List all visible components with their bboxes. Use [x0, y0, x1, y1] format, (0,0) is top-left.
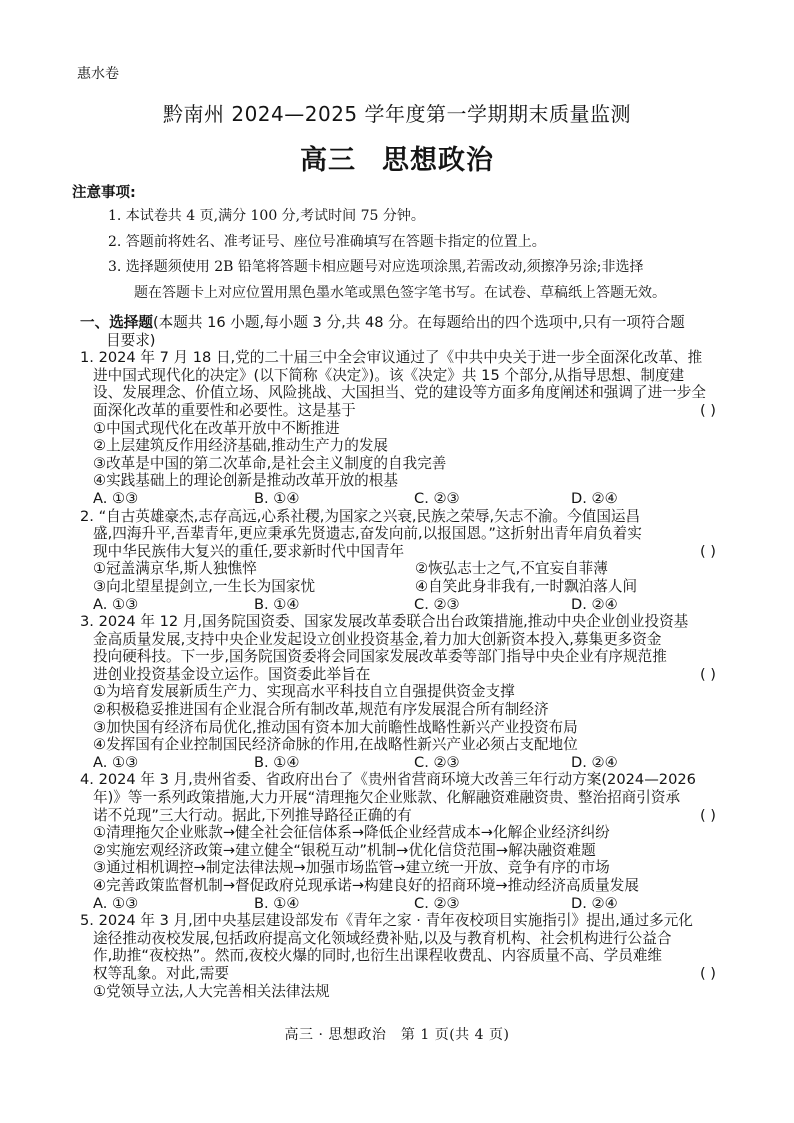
question-5: 5. 2024 年 3 月,团中央基层建设部发布《青年之家 · 青年夜校项目实施… — [80, 912, 720, 1000]
answer-blank: ( ) — [700, 543, 716, 561]
question-stem-line: 1. 2024 年 7 月 18 日,党的二十届三中全会审议通过了《中共中央关于… — [80, 349, 720, 367]
option-4: ④完善政策监督机制→督促政府兑现承诺→构建良好的招商环境→推动经济高质量发展 — [80, 877, 720, 895]
option-3: ③向北望星提剑立,一生长为国家忧 — [93, 578, 415, 596]
choice-d[interactable]: D. ②④ — [571, 490, 671, 508]
choice-b[interactable]: B. ①④ — [254, 490, 414, 508]
question-stem-line: 面深化改革的重要性和必要性。这是基于 — [93, 402, 356, 419]
choice-b[interactable]: B. ①④ — [254, 754, 414, 772]
question-stem-line: 诺不兑现”三大行动。据此,下列推导路径正确的有 — [93, 807, 412, 824]
choice-b[interactable]: B. ①④ — [254, 895, 414, 913]
question-stem-line: 金高质量发展,支持中央企业发起设立创业投资基金,着力加大创新资本投入,募集更多资… — [80, 631, 720, 649]
answer-choices: A. ①③ B. ①④ C. ②③ D. ②④ — [80, 490, 720, 508]
notes-heading: 注意事项: — [72, 181, 136, 202]
question-2: 2. “自古英雄豪杰,志存高远,心系社稷,为国家之兴衰,民族之荣辱,矢志不渝。今… — [80, 508, 720, 614]
option-4: ④发挥国有企业控制国民经济命脉的作用,在战略性新兴产业必须占支配地位 — [80, 736, 720, 754]
choice-a[interactable]: A. ①③ — [93, 490, 254, 508]
option-1: ①冠盖满京华,斯人独憔悴 — [93, 560, 415, 578]
option-1: ①中国式现代化在改革开放中不断推进 — [80, 420, 720, 438]
section-description: (本题共 16 小题,每小题 3 分,共 48 分。在每题给出的四个选项中,只有… — [153, 314, 685, 331]
question-stem-line: 设、发展理念、价值立场、风险挑战、大国担当、党的建设等方面多角度阐述和强调了进一… — [80, 384, 720, 402]
answer-blank: ( ) — [700, 402, 716, 420]
note-item-continued: 题在答题卡上对应位置用黑色墨水笔或黑色签字笔书写。在试卷、草稿纸上答题无效。 — [108, 281, 728, 307]
exam-region-tag: 惠水卷 — [77, 63, 119, 83]
grade-label: 高三 — [300, 145, 356, 176]
option-2: ②上层建筑反作用经济基础,推动生产力的发展 — [80, 437, 720, 455]
note-item: 3. 选择题须使用 2B 铅笔将答题卡相应题号对应选项涂黑,若需改动,须擦净另涂… — [108, 255, 728, 281]
option-1: ①清理拖欠企业账款→健全社会征信体系→降低企业经营成本→化解企业经济纠纷 — [80, 824, 720, 842]
choice-d[interactable]: D. ②④ — [571, 596, 671, 614]
choice-c[interactable]: C. ②③ — [414, 754, 571, 772]
note-item: 1. 本试卷共 4 页,满分 100 分,考试时间 75 分钟。 — [108, 204, 728, 230]
section-header: 一、选择题(本题共 16 小题,每小题 3 分,共 48 分。在每题给出的四个选… — [80, 314, 720, 349]
question-stem-line: 现中华民族伟大复兴的重任,要求新时代中国青年 — [93, 543, 404, 560]
question-stem-line: 3. 2024 年 12 月,国务院国资委、国家发展改革委联合出台政策措施,推动… — [80, 613, 720, 631]
choice-b[interactable]: B. ①④ — [254, 596, 414, 614]
option-3: ③通过相机调控→制定法律法规→加强市场监管→建立统一开放、竞争有序的市场 — [80, 859, 720, 877]
choice-d[interactable]: D. ②④ — [571, 895, 671, 913]
note-item: 2. 答题前将姓名、准考证号、座位号准确填写在答题卡指定的位置上。 — [108, 230, 728, 256]
notes-list: 1. 本试卷共 4 页,满分 100 分,考试时间 75 分钟。 2. 答题前将… — [108, 204, 728, 306]
option-3: ③改革是中国的第二次革命,是社会主义制度的自我完善 — [80, 455, 720, 473]
option-2: ②积极稳妥推进国有企业混合所有制改革,规范有序发展混合所有制经济 — [80, 701, 720, 719]
choice-c[interactable]: C. ②③ — [414, 895, 571, 913]
question-3: 3. 2024 年 12 月,国务院国资委、国家发展改革委联合出台政策措施,推动… — [80, 613, 720, 771]
questions-section: 一、选择题(本题共 16 小题,每小题 3 分,共 48 分。在每题给出的四个选… — [80, 314, 720, 1000]
option-4: ④实践基础上的理论创新是推动改革开放的根基 — [80, 472, 720, 490]
choice-a[interactable]: A. ①③ — [93, 596, 254, 614]
question-1: 1. 2024 年 7 月 18 日,党的二十届三中全会审议通过了《中共中央关于… — [80, 349, 720, 507]
question-stem-line: 5. 2024 年 3 月,团中央基层建设部发布《青年之家 · 青年夜校项目实施… — [80, 912, 720, 930]
question-stem-line: 投向硬科技。下一步,国务院国资委将会同国家发展改革委等部门指导中央企业有序规范推 — [80, 648, 720, 666]
question-stem-line: 4. 2024 年 3 月,贵州省委、省政府出台了《贵州省营商环境大改善三年行动… — [80, 771, 720, 789]
option-1: ①党领导立法,人大完善相关法律法规 — [80, 983, 720, 1001]
option-2: ②实施宏观经济政策→建立健全“银税互动”机制→优化信贷范围→解决融资难题 — [80, 842, 720, 860]
question-4: 4. 2024 年 3 月,贵州省委、省政府出台了《贵州省营商环境大改善三年行动… — [80, 771, 720, 912]
section-description-cont: 目要求) — [80, 332, 720, 350]
answer-choices: A. ①③ B. ①④ C. ②③ D. ②④ — [80, 895, 720, 913]
section-title: 一、选择题 — [80, 314, 153, 331]
option-row: ①冠盖满京华,斯人独憔悴 ②恢弘志士之气,不宜妄自菲薄 — [80, 560, 720, 578]
exam-page: 惠水卷 黔南州 2024—2025 学年度第一学期期末质量监测 高三思想政治 注… — [0, 0, 794, 1123]
question-stem-line: 途径推动夜校发展,包括政府提高文化领域经费补贴,以及与教育机构、社会机构进行公益… — [80, 930, 720, 948]
choice-a[interactable]: A. ①③ — [93, 895, 254, 913]
choice-c[interactable]: C. ②③ — [414, 596, 571, 614]
option-1: ①为培育发展新质生产力、实现高水平科技自立自强提供资金支撑 — [80, 683, 720, 701]
option-row: ③向北望星提剑立,一生长为国家忧 ④自笑此身非我有,一时飘泊落人间 — [80, 578, 720, 596]
question-stem-line: 盛,四海升平,吾辈青年,更应秉承先贤遗志,奋发向前,以报国恩。”这折射出青年肩负… — [80, 525, 720, 543]
choice-a[interactable]: A. ①③ — [93, 754, 254, 772]
answer-blank: ( ) — [700, 807, 716, 825]
question-stem-line: 权等乱象。对此,需要 — [93, 965, 229, 982]
option-3: ③加快国有经济布局优化,推动国有资本加大前瞻性战略性新兴产业投资布局 — [80, 719, 720, 737]
question-stem-line: 2. “自古英雄豪杰,志存高远,心系社稷,为国家之兴衰,民族之荣辱,矢志不渝。今… — [80, 508, 720, 526]
question-stem-line: 进创业投资基金设立运作。国资委此举旨在 — [93, 666, 370, 683]
option-2: ②恢弘志士之气,不宜妄自菲薄 — [415, 560, 608, 578]
answer-blank: ( ) — [700, 965, 716, 983]
answer-choices: A. ①③ B. ①④ C. ②③ D. ②④ — [80, 754, 720, 772]
exam-title: 黔南州 2024—2025 学年度第一学期期末质量监测 — [0, 98, 794, 127]
choice-d[interactable]: D. ②④ — [571, 754, 671, 772]
answer-choices: A. ①③ B. ①④ C. ②③ D. ②④ — [80, 596, 720, 614]
answer-blank: ( ) — [700, 666, 716, 684]
question-stem-line: 进中国式现代化的决定》(以下简称《决定》)。该《决定》共 15 个部分,从指导思… — [80, 367, 720, 385]
option-4: ④自笑此身非我有,一时飘泊落人间 — [415, 578, 637, 596]
question-stem-line: 年)》等一系列政策措施,大力开展“清理拖欠企业账款、化解融资难融资贵、整治招商引… — [80, 789, 720, 807]
choice-c[interactable]: C. ②③ — [414, 490, 571, 508]
exam-subtitle: 高三思想政治 — [0, 138, 794, 177]
page-footer: 高三 · 思想政治 第 1 页(共 4 页) — [0, 1024, 794, 1044]
subject-label: 思想政治 — [382, 145, 494, 176]
question-stem-line: 作,助推“夜校热”。然而,夜校火爆的同时,也衍生出课程收费乱、内容质量不高、学员… — [80, 947, 720, 965]
